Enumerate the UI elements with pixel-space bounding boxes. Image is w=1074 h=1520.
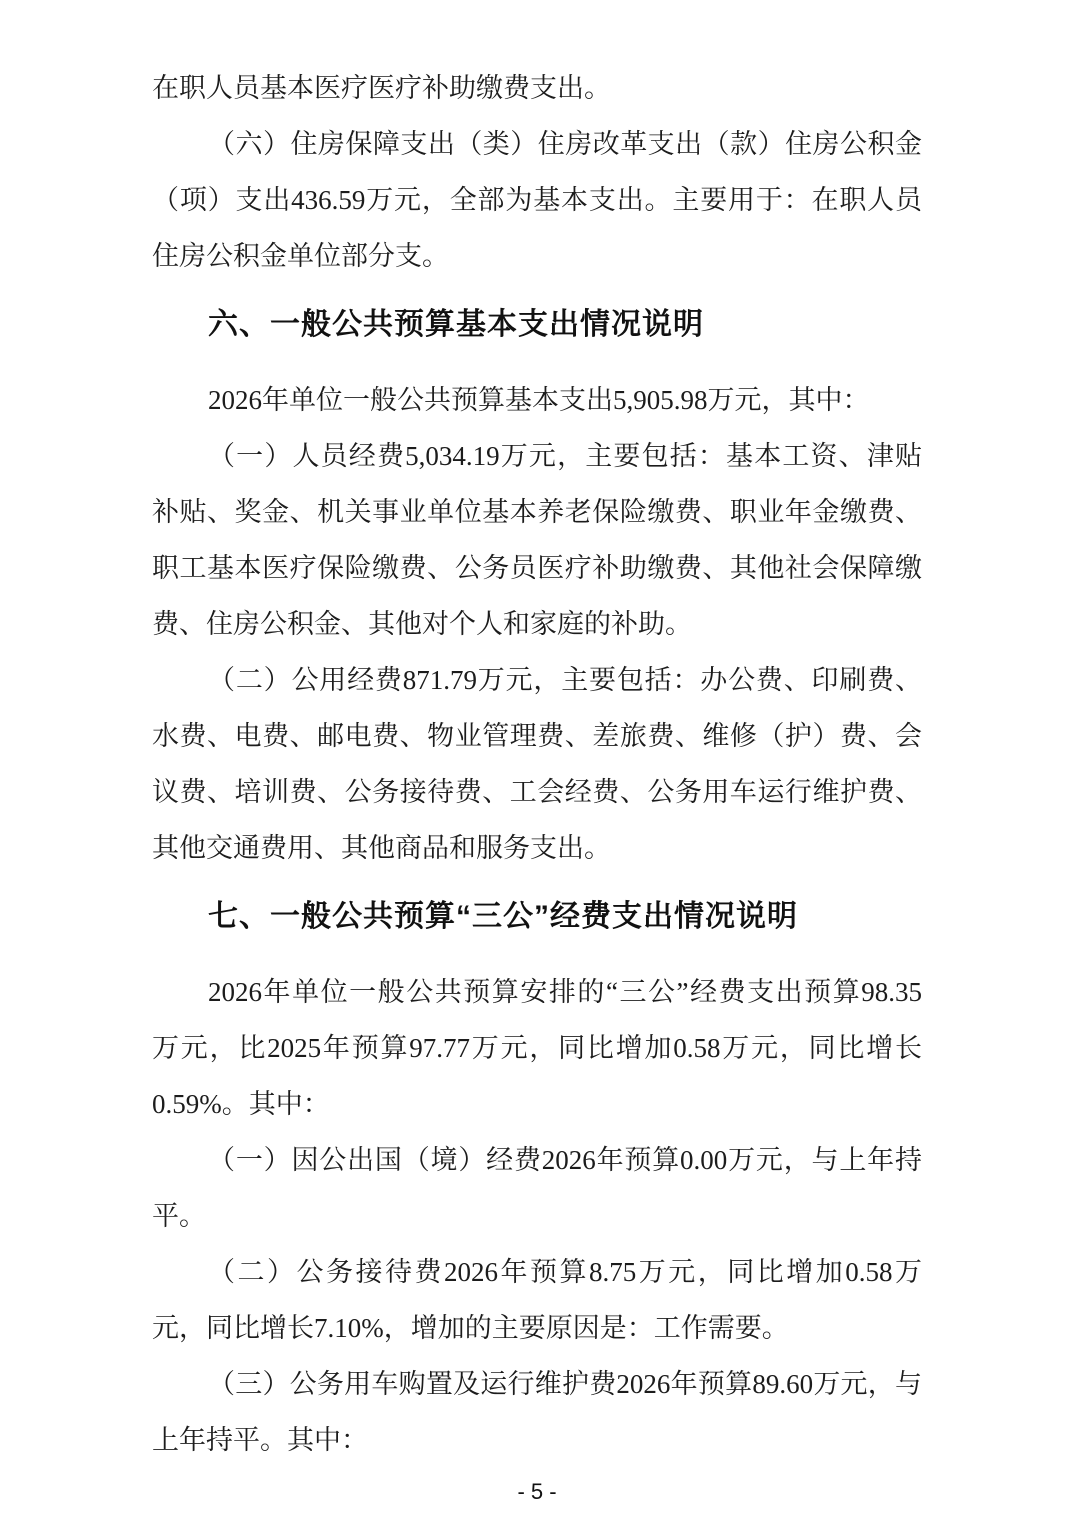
section-heading-7: 七、一般公共预算“三公”经费支出情况说明: [152, 889, 922, 945]
body-text-line: （一）人员经费5,034.19万元，主要包括：基本工资、津贴: [152, 428, 922, 484]
body-text-line: （六）住房保障支出（类）住房改革支出（款）住房公积金: [152, 116, 922, 172]
body-text-line: 2026年单位一般公共预算基本支出5,905.98万元，其中：: [152, 372, 922, 428]
body-text-line: （项）支出436.59万元，全部为基本支出。主要用于：在职人员: [152, 172, 922, 228]
body-text-line: 费、住房公积金、其他对个人和家庭的补助。: [152, 596, 922, 652]
body-text-line: 职工基本医疗保险缴费、公务员医疗补助缴费、其他社会保障缴: [152, 540, 922, 596]
body-text-line: （二）公用经费871.79万元，主要包括：办公费、印刷费、: [152, 652, 922, 708]
body-text-line: （二）公务接待费2026年预算8.75万元，同比增加0.58万: [152, 1244, 922, 1300]
body-text-line: （一）因公出国（境）经费2026年预算0.00万元，与上年持: [152, 1132, 922, 1188]
page-number: - 5 -: [152, 1478, 922, 1506]
body-text-line: 元，同比增长7.10%，增加的主要原因是：工作需要。: [152, 1300, 922, 1356]
body-text-line: 平。: [152, 1188, 922, 1244]
body-text-line: （三）公务用车购置及运行维护费2026年预算89.60万元，与: [152, 1356, 922, 1412]
body-text-line: 2026年单位一般公共预算安排的“三公”经费支出预算98.35: [152, 964, 922, 1020]
body-text-line: 万元，比2025年预算97.77万元，同比增加0.58万元，同比增长: [152, 1020, 922, 1076]
section-heading-6: 六、一般公共预算基本支出情况说明: [152, 297, 922, 353]
body-text-line: 水费、电费、邮电费、物业管理费、差旅费、维修（护）费、会: [152, 708, 922, 764]
body-text-line: 在职人员基本医疗医疗补助缴费支出。: [152, 60, 922, 116]
body-text-line: 住房公积金单位部分支。: [152, 228, 922, 284]
body-text-line: 上年持平。其中：: [152, 1412, 922, 1468]
body-text-line: 议费、培训费、公务接待费、工会经费、公务用车运行维护费、: [152, 764, 922, 820]
document-page: 在职人员基本医疗医疗补助缴费支出。 （六）住房保障支出（类）住房改革支出（款）住…: [0, 0, 1074, 1520]
body-text-line: 其他交通费用、其他商品和服务支出。: [152, 820, 922, 876]
body-text-line: 0.59%。其中：: [152, 1076, 922, 1132]
body-text-line: 补贴、奖金、机关事业单位基本养老保险缴费、职业年金缴费、: [152, 484, 922, 540]
